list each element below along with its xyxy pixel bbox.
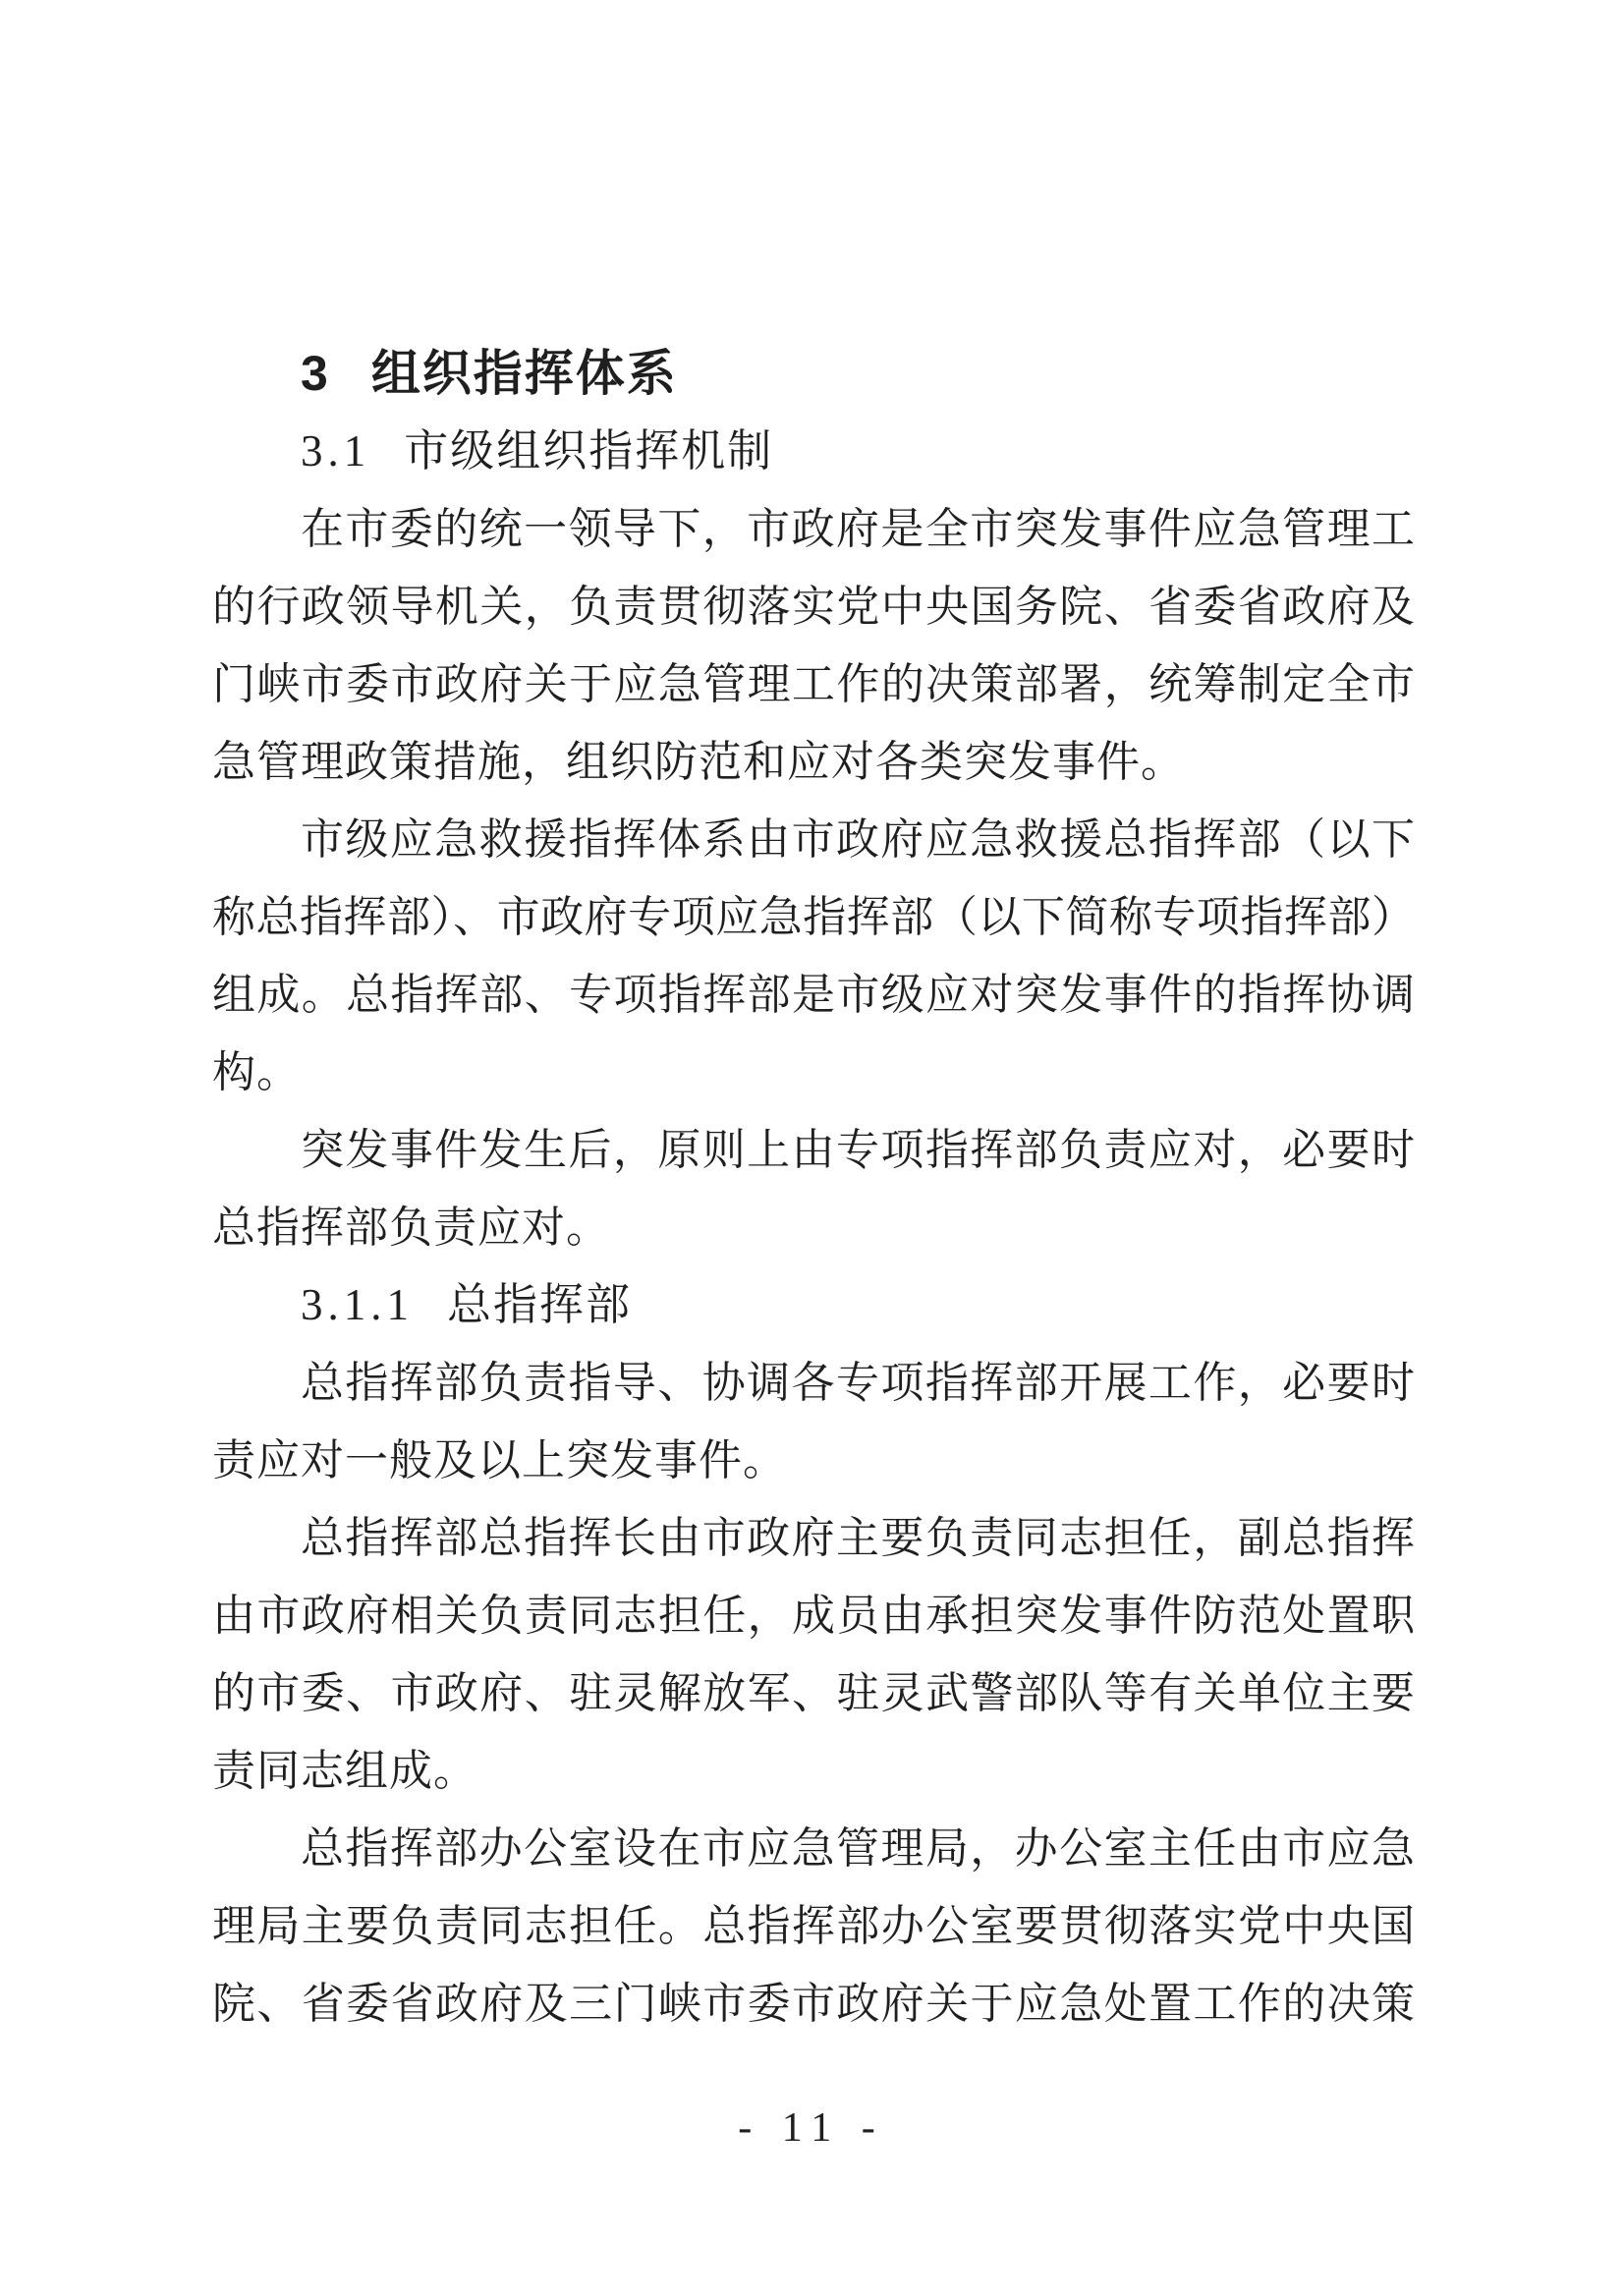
- paragraph-line: 急管理政策措施，组织防范和应对各类突发事件。: [212, 723, 1415, 801]
- section-heading: 3组织指挥体系: [212, 335, 1415, 413]
- subsection-number: 3.1: [301, 426, 370, 476]
- section-title: 组织指挥体系: [371, 346, 678, 401]
- document-page: 3组织指挥体系 3.1市级组织指挥机制 在市委的统一领导下，市政府是全市突发事件…: [0, 0, 1623, 2296]
- paragraph: 总指挥部办公室设在市应急管理局，办公室主任由市应急管 理局主要负责同志担任。总指…: [212, 1810, 1415, 2043]
- paragraph: 总指挥部负责指导、协调各专项指挥部开展工作，必要时负 责应对一般及以上突发事件。: [212, 1344, 1415, 1499]
- subsubsection-heading: 3.1.1总指挥部: [212, 1266, 1415, 1344]
- subsection-title: 市级组织指挥机制: [404, 426, 773, 476]
- paragraph-line: 市级应急救援指挥体系由市政府应急救援总指挥部（以下简: [212, 801, 1415, 878]
- paragraph-line: 称总指挥部）、市政府专项应急指挥部（以下简称专项指挥部）: [212, 878, 1415, 956]
- subsection-heading: 3.1市级组织指挥机制: [212, 413, 1415, 490]
- paragraph-line: 构。: [212, 1034, 1415, 1111]
- subsubsection-number: 3.1.1: [301, 1280, 414, 1329]
- page-number: - 11 -: [0, 2104, 1623, 2152]
- paragraph-line: 门峡市委市政府关于应急管理工作的决策部署，统筹制定全市应: [212, 645, 1415, 723]
- paragraph-line: 理局主要负责同志担任。总指挥部办公室要贯彻落实党中央国务: [212, 1887, 1415, 1965]
- paragraph-line: 总指挥部总指挥长由市政府主要负责同志担任，副总指挥长: [212, 1499, 1415, 1577]
- paragraph-line: 责应对一般及以上突发事件。: [212, 1422, 1415, 1499]
- section-number: 3: [301, 346, 330, 401]
- paragraph: 总指挥部总指挥长由市政府主要负责同志担任，副总指挥长 由市政府相关负责同志担任，…: [212, 1499, 1415, 1810]
- paragraph-line: 总指挥部负责应对。: [212, 1189, 1415, 1266]
- paragraph-line: 的行政领导机关，负责贯彻落实党中央国务院、省委省政府及三: [212, 568, 1415, 645]
- paragraph: 市级应急救援指挥体系由市政府应急救援总指挥部（以下简 称总指挥部）、市政府专项应…: [212, 801, 1415, 1111]
- paragraph-line: 由市政府相关负责同志担任，成员由承担突发事件防范处置职责: [212, 1577, 1415, 1654]
- subsubsection-title: 总指挥部: [447, 1280, 632, 1329]
- paragraph-line: 组成。总指挥部、专项指挥部是市级应对突发事件的指挥协调机: [212, 956, 1415, 1034]
- paragraph-line: 总指挥部办公室设在市应急管理局，办公室主任由市应急管: [212, 1810, 1415, 1887]
- paragraph-line: 院、省委省政府及三门峡市委市政府关于应急处置工作的决策部: [212, 1965, 1415, 2043]
- paragraph-line: 责同志组成。: [212, 1732, 1415, 1810]
- document-body: 3组织指挥体系 3.1市级组织指挥机制 在市委的统一领导下，市政府是全市突发事件…: [212, 335, 1415, 2043]
- paragraph-line: 在市委的统一领导下，市政府是全市突发事件应急管理工作: [212, 490, 1415, 568]
- paragraph: 突发事件发生后，原则上由专项指挥部负责应对，必要时由 总指挥部负责应对。: [212, 1111, 1415, 1266]
- paragraph: 在市委的统一领导下，市政府是全市突发事件应急管理工作 的行政领导机关，负责贯彻落…: [212, 490, 1415, 801]
- paragraph-line: 突发事件发生后，原则上由专项指挥部负责应对，必要时由: [212, 1111, 1415, 1189]
- paragraph-line: 总指挥部负责指导、协调各专项指挥部开展工作，必要时负: [212, 1344, 1415, 1422]
- paragraph-line: 的市委、市政府、驻灵解放军、驻灵武警部队等有关单位主要负: [212, 1654, 1415, 1732]
